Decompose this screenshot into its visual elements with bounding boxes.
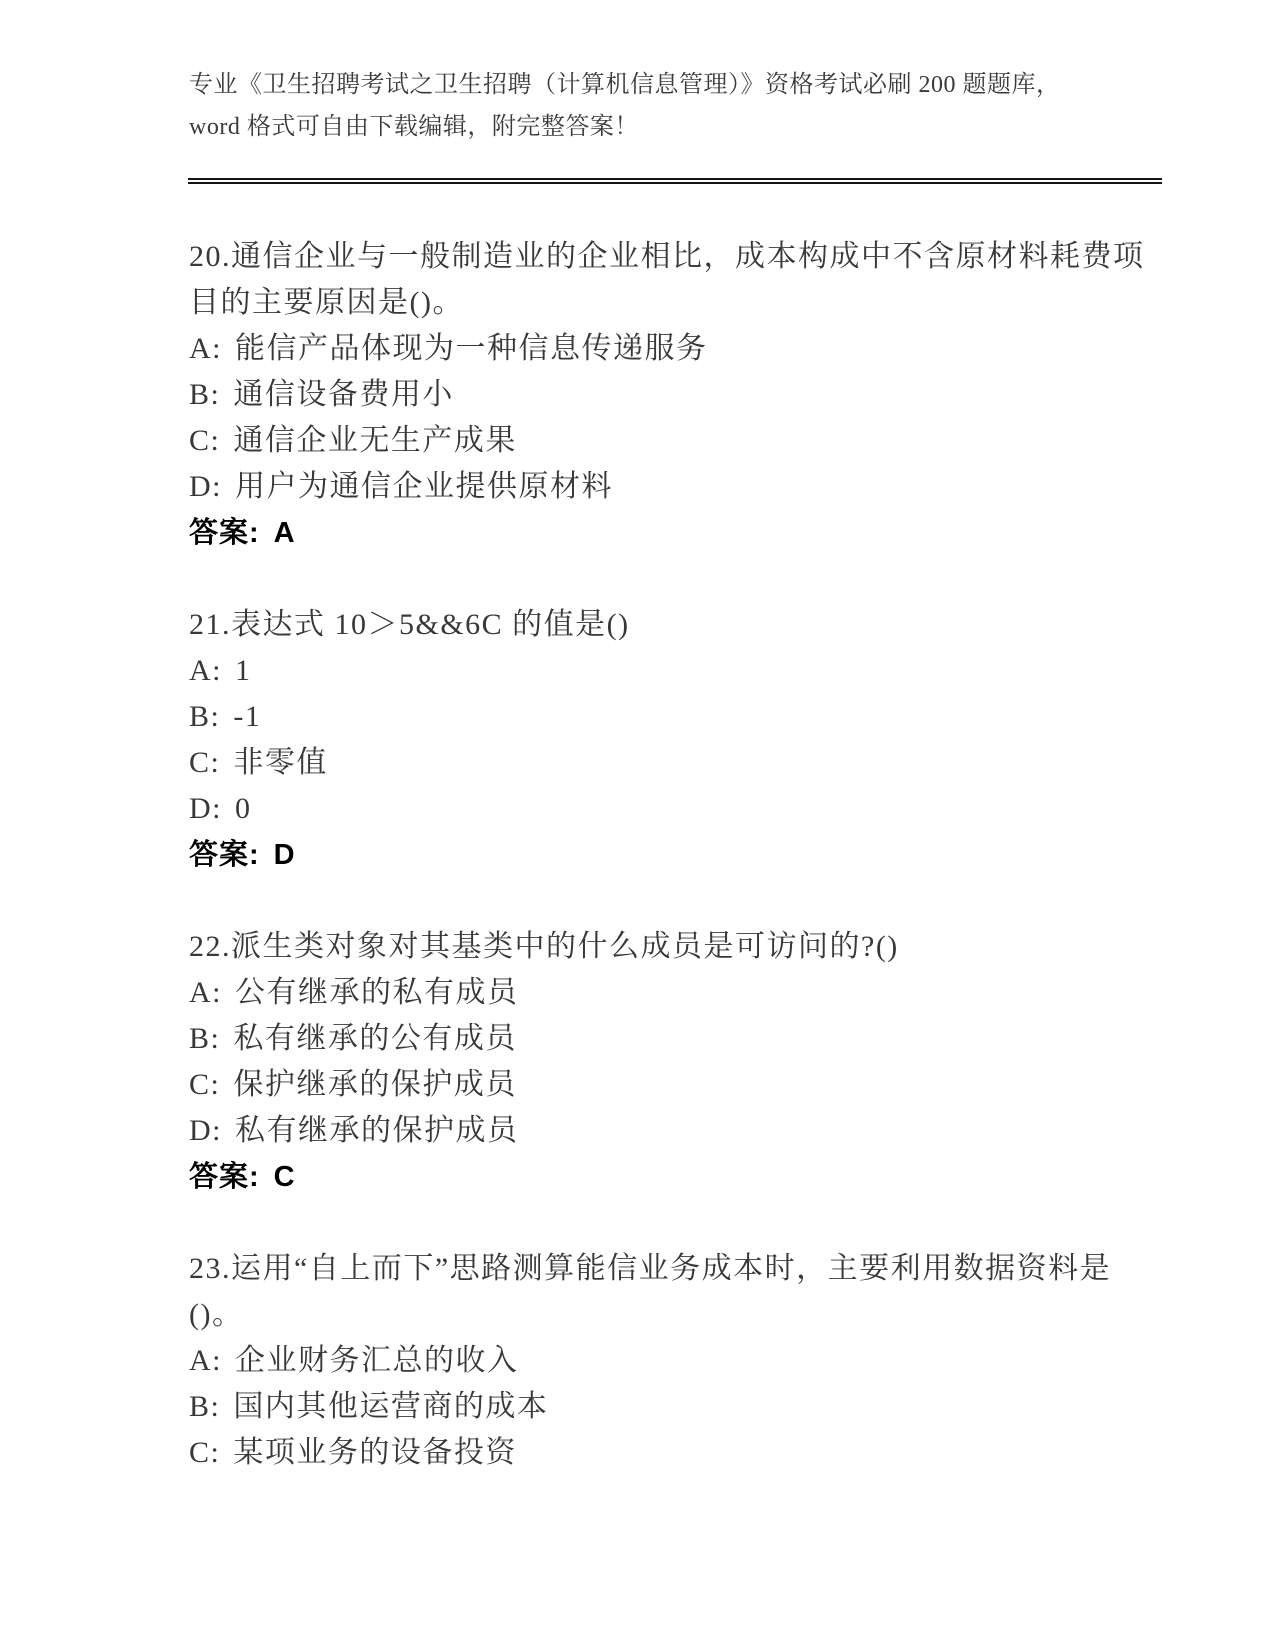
option-label: D:	[189, 1114, 222, 1147]
header-line: 专业《卫生招聘考试之卫生招聘（计算机信息管理）》资格考试必刷 200 题题库，	[189, 64, 1164, 106]
questions-container: 20.通信企业与一般制造业的企业相比，成本构成中不含原材料耗费项目的主要原因是(…	[189, 234, 1169, 1476]
option-text: 用户为通信企业提供原材料	[235, 470, 613, 503]
option-text: 私有继承的公有成员	[233, 1022, 517, 1055]
question-text-line: 21.表达式 10＞5&&6C 的值是()	[189, 602, 1169, 648]
question-text-line: ()。	[189, 1292, 1169, 1338]
question-22: 22.派生类对象对其基类中的什么成员是可访问的?()A:公有继承的私有成员B:私…	[189, 924, 1169, 1200]
option-D: D:0	[189, 786, 1169, 832]
option-D: D:用户为通信企业提供原材料	[189, 464, 1169, 510]
option-C: C:通信企业无生产成果	[189, 418, 1169, 464]
option-text: 国内其他运营商的成本	[233, 1390, 548, 1423]
option-label: A:	[189, 654, 222, 687]
answer-line: 答案:A	[189, 510, 1169, 556]
option-B: B:国内其他运营商的成本	[189, 1384, 1169, 1430]
question-text-line: 20.通信企业与一般制造业的企业相比，成本构成中不含原材料耗费项	[189, 234, 1169, 280]
option-label: D:	[189, 470, 222, 503]
option-label: A:	[189, 976, 222, 1009]
header-double-rule	[188, 178, 1162, 184]
answer-label: 答案:	[189, 839, 260, 871]
option-text: 通信设备费用小	[233, 378, 454, 411]
option-label: C:	[189, 1436, 220, 1469]
question-23: 23.运用“自上而下”思路测算能信业务成本时，主要利用数据资料是()。A:企业财…	[189, 1246, 1169, 1476]
option-label: D:	[189, 792, 222, 825]
answer-line: 答案:C	[189, 1154, 1169, 1200]
option-B: B:通信设备费用小	[189, 372, 1169, 418]
answer-label: 答案:	[189, 1161, 260, 1193]
document-header: 专业《卫生招聘考试之卫生招聘（计算机信息管理）》资格考试必刷 200 题题库，w…	[189, 64, 1164, 148]
option-text: 企业财务汇总的收入	[235, 1344, 519, 1377]
option-B: B:-1	[189, 694, 1169, 740]
option-text: 1	[235, 654, 252, 687]
question-text-line: 22.派生类对象对其基类中的什么成员是可访问的?()	[189, 924, 1169, 970]
header-line: word 格式可自由下载编辑，附完整答案！	[189, 106, 1164, 148]
option-text: 非零值	[233, 746, 328, 779]
option-text: 某项业务的设备投资	[233, 1436, 517, 1469]
option-label: A:	[189, 1344, 222, 1377]
option-A: A:公有继承的私有成员	[189, 970, 1169, 1016]
option-label: B:	[189, 378, 220, 411]
option-label: B:	[189, 1022, 220, 1055]
document-page: 专业《卫生招聘考试之卫生招聘（计算机信息管理）》资格考试必刷 200 题题库，w…	[0, 0, 1275, 1650]
option-label: A:	[189, 332, 222, 365]
option-A: A:能信产品体现为一种信息传递服务	[189, 326, 1169, 372]
answer-line: 答案:D	[189, 832, 1169, 878]
option-C: C:非零值	[189, 740, 1169, 786]
option-A: A:1	[189, 648, 1169, 694]
answer-value: A	[274, 517, 296, 549]
option-label: B:	[189, 1390, 220, 1423]
option-D: D:私有继承的保护成员	[189, 1108, 1169, 1154]
question-text-line: 23.运用“自上而下”思路测算能信业务成本时，主要利用数据资料是	[189, 1246, 1169, 1292]
option-text: 公有继承的私有成员	[235, 976, 519, 1009]
answer-value: C	[274, 1161, 296, 1193]
option-text: 能信产品体现为一种信息传递服务	[235, 332, 708, 365]
answer-label: 答案:	[189, 517, 260, 549]
question-text-line: 目的主要原因是()。	[189, 280, 1169, 326]
option-A: A:企业财务汇总的收入	[189, 1338, 1169, 1384]
question-20: 20.通信企业与一般制造业的企业相比，成本构成中不含原材料耗费项目的主要原因是(…	[189, 234, 1169, 556]
option-text: 0	[235, 792, 252, 825]
option-C: C:保护继承的保护成员	[189, 1062, 1169, 1108]
answer-value: D	[274, 839, 296, 871]
option-label: B:	[189, 700, 220, 733]
option-label: C:	[189, 1068, 220, 1101]
option-text: 保护继承的保护成员	[233, 1068, 517, 1101]
option-B: B:私有继承的公有成员	[189, 1016, 1169, 1062]
option-text: -1	[233, 700, 261, 733]
option-label: C:	[189, 746, 220, 779]
option-label: C:	[189, 424, 220, 457]
option-text: 通信企业无生产成果	[233, 424, 517, 457]
question-21: 21.表达式 10＞5&&6C 的值是()A:1B:-1C:非零值D:0答案:D	[189, 602, 1169, 878]
option-C: C:某项业务的设备投资	[189, 1430, 1169, 1476]
option-text: 私有继承的保护成员	[235, 1114, 519, 1147]
